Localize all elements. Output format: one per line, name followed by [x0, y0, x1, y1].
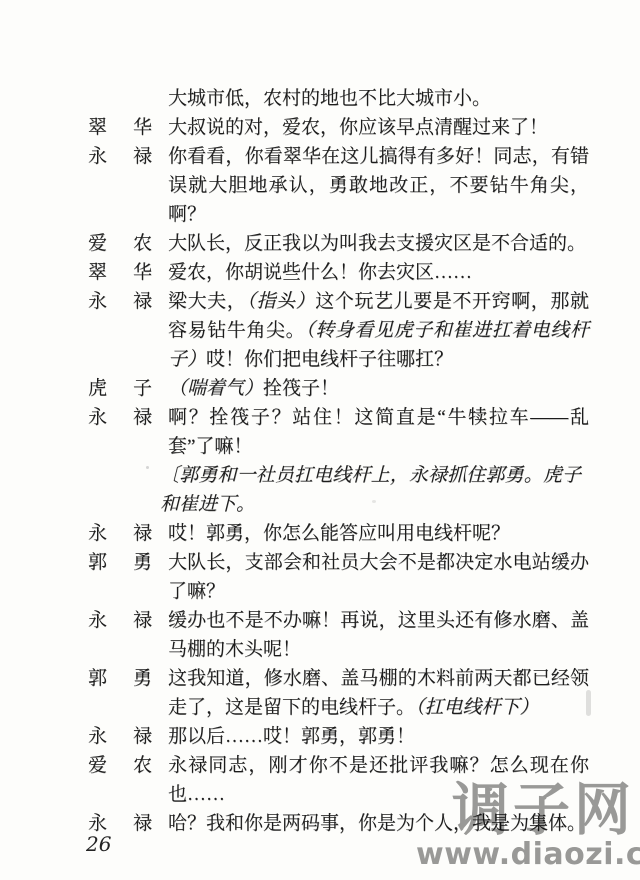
speaker-char: 禄 — [133, 142, 152, 171]
speaker-char: 爱 — [88, 751, 107, 780]
speaker-name: 翠华 — [88, 113, 152, 142]
stage-text: 〔郭勇和一社员扛电线杆上，永禄抓住郭勇。虎子和崔进下。 — [160, 461, 581, 519]
inline-stage-note: （扛电线杆下） — [415, 697, 539, 718]
speaker-name: 郭勇 — [88, 664, 152, 693]
dialogue-text: 这我知道，修水磨、盖马棚的木料前两天都已经领走了，这是留下的电线杆子。（扛电线杆… — [168, 664, 589, 722]
dialogue-text: 大队长，反正我以为叫我去支援灾区是不合适的。 — [168, 229, 589, 258]
speaker-char: 郭 — [88, 548, 107, 577]
script-paragraph: 永禄你看看，你看翠华在这儿搞得有多好！同志，有错误就大胆地承认，勇敢地改正，不要… — [88, 142, 593, 229]
dialogue-text: 缓办也不是不办嘛！再说，这里头还有修水磨、盖马棚的木头呢！ — [168, 606, 589, 664]
speaker-name: 永禄 — [88, 722, 152, 751]
script-paragraph: 永禄啊？拴筏子？站住！这简直是“牛犊拉车——乱套”了嘛！ — [88, 403, 593, 461]
speaker-name: 永禄 — [88, 287, 152, 316]
script-paragraph: 永禄梁大夫，（指头）这个玩艺儿要是不开窍啊，那就容易钻牛角尖。（转身看见虎子和崔… — [88, 287, 593, 374]
script-paragraph: 翠华大叔说的对，爱农，你应该早点清醒过来了！ — [88, 113, 593, 142]
inline-stage-note: （指头） — [246, 291, 315, 312]
dialogue-text: 爱农，你胡说些什么！你去灾区…… — [168, 258, 589, 287]
dialogue-text: （喘着气）拴筏子！ — [168, 374, 589, 403]
speaker-char: 郭 — [88, 664, 107, 693]
inline-stage-note: （喘着气） — [168, 378, 263, 399]
speaker-char: 永 — [88, 722, 107, 751]
dialogue-text: 那以后……哎！郭勇，郭勇！ — [168, 722, 589, 751]
speaker-name: 翠华 — [88, 258, 152, 287]
script-paragraph: 郭勇大队长，支部会和社员大会不是都决定水电站缓办了嘛？ — [88, 548, 593, 606]
dialogue-text: 大叔说的对，爱农，你应该早点清醒过来了！ — [168, 113, 589, 142]
dialogue-text: 你看看，你看翠华在这儿搞得有多好！同志，有错误就大胆地承认，勇敢地改正，不要钻牛… — [168, 142, 589, 229]
speaker-name: 永禄 — [88, 606, 152, 635]
speaker-name: 永禄 — [88, 142, 152, 171]
speaker-char: 禄 — [133, 287, 152, 316]
speaker-char: 勇 — [133, 664, 152, 693]
speaker-char: 勇 — [133, 548, 152, 577]
speaker-char: 子 — [133, 374, 152, 403]
watermark-url: www.diaozi.com — [416, 840, 640, 870]
speaker-char: 爱 — [88, 229, 107, 258]
speaker-char: 农 — [133, 751, 152, 780]
scanned-script-page: 大城市低，农村的地也不比大城市小。翠华大叔说的对，爱农，你应该早点清醒过来了！永… — [0, 0, 640, 880]
dialogue-text: 大城市低，农村的地也不比大城市小。 — [168, 84, 589, 113]
script-paragraph: 永禄哎！郭勇，你怎么能答应叫用电线杆呢？ — [88, 519, 593, 548]
script-paragraph: 翠华爱农，你胡说些什么！你去灾区…… — [88, 258, 593, 287]
inline-stage-note: （转身看见虎子和崔进扛着电线杆子） — [168, 320, 589, 370]
speaker-char: 翠 — [88, 113, 107, 142]
speaker-name: 郭勇 — [88, 548, 152, 577]
script-body: 大城市低，农村的地也不比大城市小。翠华大叔说的对，爱农，你应该早点清醒过来了！永… — [88, 84, 593, 838]
dialogue-text: 梁大夫，（指头）这个玩艺儿要是不开窍啊，那就容易钻牛角尖。（转身看见虎子和崔进扛… — [168, 287, 589, 374]
dialogue-text: 啊？拴筏子？站住！这简直是“牛犊拉车——乱套”了嘛！ — [168, 403, 589, 461]
speaker-char: 翠 — [88, 258, 107, 287]
speaker-char: 永 — [88, 606, 107, 635]
speaker-char: 华 — [133, 258, 152, 287]
script-paragraph: 永禄那以后……哎！郭勇，郭勇！ — [88, 722, 593, 751]
script-paragraph: 虎子（喘着气）拴筏子！ — [88, 374, 593, 403]
stage-direction: 〔郭勇和一社员扛电线杆上，永禄抓住郭勇。虎子和崔进下。 — [88, 461, 593, 519]
speaker-char: 永 — [88, 287, 107, 316]
script-paragraph: 爱农大队长，反正我以为叫我去支援灾区是不合适的。 — [88, 229, 593, 258]
page-number: 26 — [86, 832, 111, 856]
speaker-char: 禄 — [133, 519, 152, 548]
speaker-char: 永 — [88, 519, 107, 548]
speaker-name: 永禄 — [88, 519, 152, 548]
speaker-char: 永 — [88, 403, 107, 432]
speaker-char: 禄 — [133, 809, 152, 838]
speaker-char: 虎 — [88, 374, 107, 403]
script-paragraph: 大城市低，农村的地也不比大城市小。 — [88, 84, 593, 113]
speaker-name: 永禄 — [88, 403, 152, 432]
speaker-char: 农 — [133, 229, 152, 258]
dialogue-text: 哎！郭勇，你怎么能答应叫用电线杆呢？ — [168, 519, 589, 548]
watermark-site-name: 调子网 — [452, 782, 635, 839]
speaker-char: 禄 — [133, 722, 152, 751]
speaker-char: 永 — [88, 142, 107, 171]
speaker-name: 虎子 — [88, 374, 152, 403]
speaker-char: 禄 — [133, 403, 152, 432]
speaker-name: 爱农 — [88, 229, 152, 258]
speaker-char: 禄 — [133, 606, 152, 635]
speaker-char: 华 — [133, 113, 152, 142]
speaker-name: 爱农 — [88, 751, 152, 780]
dialogue-text: 大队长，支部会和社员大会不是都决定水电站缓办了嘛？ — [168, 548, 589, 606]
script-paragraph: 永禄缓办也不是不办嘛！再说，这里头还有修水磨、盖马棚的木头呢！ — [88, 606, 593, 664]
script-paragraph: 郭勇这我知道，修水磨、盖马棚的木料前两天都已经领走了，这是留下的电线杆子。（扛电… — [88, 664, 593, 722]
